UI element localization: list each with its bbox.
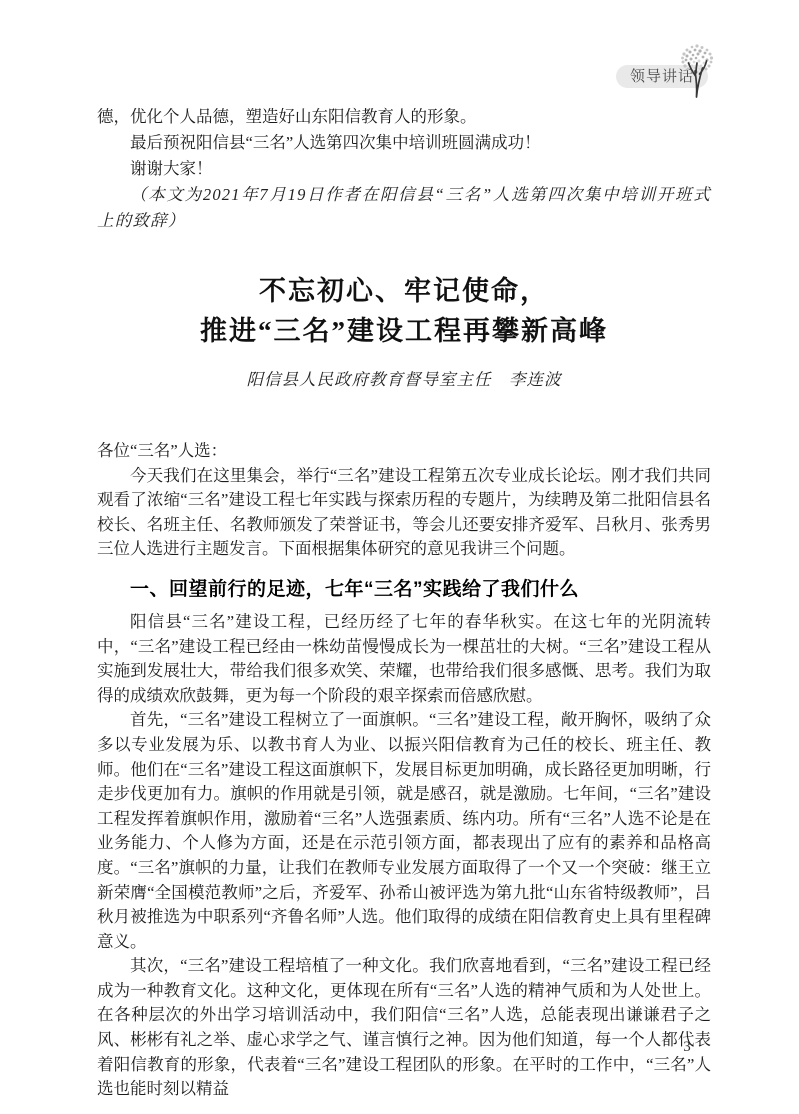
paragraph: 首先，“三名”建设工程树立了一面旗帜。“三名”建设工程，敞开胸怀，吸纳了众多以专… xyxy=(97,708,711,954)
article-title-line1: 不忘初心、牢记使命， xyxy=(97,271,711,311)
article-title-line2: 推进“三名”建设工程再攀新高峰 xyxy=(97,311,711,351)
page-number: 3 xyxy=(676,1039,698,1056)
carryover-line: 德，优化个人品德，塑造好山东阳信教育人的形象。 xyxy=(97,104,711,130)
document-page: 领导讲话 德，优化个人品德，塑造好山东阳信教育人的形象。 最后预祝阳信县“三名”… xyxy=(0,0,799,1114)
salutation: 各位“三名”人选： xyxy=(97,439,711,464)
article-title: 不忘初心、牢记使命， 推进“三名”建设工程再攀新高峰 xyxy=(97,271,711,351)
paragraph: 今天我们在这里集会，举行“三名”建设工程第五次专业成长论坛。刚才我们共同观看了浓… xyxy=(97,464,711,562)
text-column: 德，优化个人品德，塑造好山东阳信教育人的形象。 最后预祝阳信县“三名”人选第四次… xyxy=(97,104,711,1102)
section-heading: 一、回望前行的足迹，七年“三名”实践给了我们什么 xyxy=(97,576,711,603)
tree-icon xyxy=(674,42,720,98)
article-byline: 阳信县人民政府教育督导室主任 李连波 xyxy=(97,368,711,392)
paragraph: 其次，“三名”建设工程培植了一种文化。我们欣喜地看到，“三名”建设工程已经成为一… xyxy=(97,954,711,1102)
thanks-line: 谢谢大家！ xyxy=(97,156,711,182)
source-note: （本文为2021年7月19日作者在阳信县“三名”人选第四次集中培训开班式上的致辞… xyxy=(97,182,711,234)
article-body: 各位“三名”人选： 今天我们在这里集会，举行“三名”建设工程第五次专业成长论坛。… xyxy=(97,439,711,1102)
closing-wish-line: 最后预祝阳信县“三名”人选第四次集中培训班圆满成功！ xyxy=(97,130,711,156)
paragraph: 阳信县“三名”建设工程，已经历经了七年的春华秋实。在这七年的光阴流转中，“三名”… xyxy=(97,610,711,708)
